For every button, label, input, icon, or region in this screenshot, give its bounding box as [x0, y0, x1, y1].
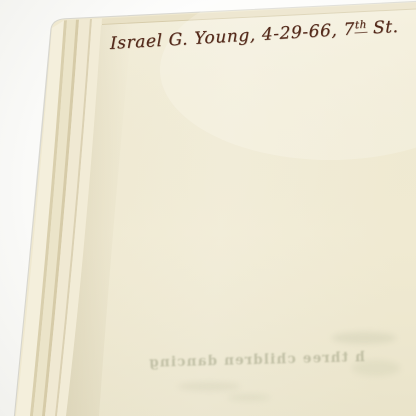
book-photo: Israel G. Young, 4-29-66, 7th St. h thre…: [0, 0, 416, 416]
inscription-ordinal-superscript: th: [355, 19, 367, 34]
show-through-smudge: [352, 360, 400, 376]
show-through-smudge: [178, 382, 240, 391]
show-through-smudge: [228, 394, 270, 401]
inscription-text-end: St.: [367, 17, 399, 39]
show-through-smudge: [332, 332, 396, 344]
